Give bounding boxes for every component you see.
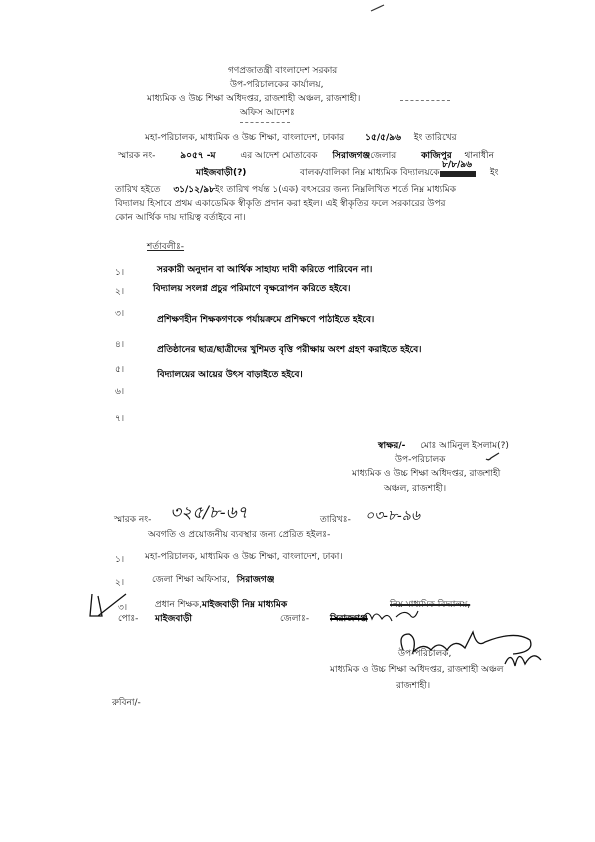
dist-memo-number: ৩২৫/৮-৬৭ [170, 508, 248, 519]
condition-5-number: ৫। [115, 362, 124, 377]
dist-item-2-text: জেলা শিক্ষা অফিসার, [152, 575, 230, 585]
dist-date-label: তারিখঃ- [320, 515, 351, 526]
condition-7-number: ৭। [115, 411, 124, 426]
dist-item-1-text: মহা-পরিচালক, মাধ্যমিক ও উচ্চ শিক্ষা, বাং… [145, 552, 343, 563]
body-line-1: মহা-পরিচালক, মাধ্যমিক ও উচ্চ শিক্ষা, বাং… [145, 133, 457, 144]
header-directorate: মাধ্যমিক ও উচ্চ শিক্ষা অধিদপ্তর, রাজশাহী… [147, 94, 360, 105]
dist-item-3-number: ৩। [118, 600, 127, 615]
condition-4-number: ৪। [115, 337, 124, 352]
dist-memo-label: স্মারক নং- [114, 515, 151, 526]
conditions-title: শর্তাবলীঃ- [147, 242, 184, 253]
stamp-date: ৮/৮/৯৬ [442, 160, 472, 171]
district-name: সিরাজগঞ্জ [332, 151, 370, 161]
condition-6-number: ৬। [115, 384, 124, 399]
dist-item-2-district: সিরাজগঞ্জ [237, 575, 275, 585]
condition-5-text: বিদ্যালয়ের আয়ের উৎস বাড়াইতে হইবে। [157, 370, 303, 381]
tick-mark [485, 452, 501, 462]
dist-item-3: প্রধান শিক্ষক,মাইজবাড়ী নিম্ন মাধ্যমিক [155, 600, 287, 611]
condition-1-number: ১। [115, 265, 124, 280]
header-office: উপ-পরিচালকের কার্যালয়, [230, 80, 323, 91]
signer-designation: উপ-পরিচালক [395, 455, 445, 466]
condition-4-text: প্রতিষ্ঠানের ছাত্র/ছাত্রীদের খুশিমত বৃত্… [157, 345, 422, 356]
dist-item-1-number: ১। [115, 552, 124, 567]
header-government: গণপ্রজাতন্ত্রী বাংলাদেশ সরকার [228, 66, 337, 77]
memo-text: এর আদেশ মোতাবেক [240, 151, 317, 161]
signer-office-line-1: মাধ্যমিক ও উচ্চ শিক্ষা অধিদপ্তর, রাজশাহী [352, 469, 500, 480]
dist-intro: অবগতি ও প্রয়োজনীয় ব্যবস্থার জন্য প্রের… [148, 530, 330, 541]
para-period: ইং তারিখ পর্যন্ত ১(এক) বৎসরের জন্য নিম্ন… [215, 185, 456, 195]
ref-date-suffix: ইং তারিখের [414, 133, 457, 143]
body-line-6: কোন আর্থিক দায় দায়িত্ব বর্তাইবে না। [115, 213, 246, 224]
officer-designation: উপ-পরিচালক, [398, 649, 451, 660]
stamp-redaction [440, 171, 476, 177]
district-suffix: জেলার [370, 151, 396, 161]
signature-block-1: স্বাক্ষর/- মোঃ আমিনুল ইসলাম(?) [378, 441, 509, 452]
stamp-date-suffix: ইং [490, 168, 499, 179]
school-type: বালক/বালিকা নিম্ন মাধ্যমিক বিদ্যালয়কে [300, 168, 440, 179]
para-from: তারিখ হইতে [115, 185, 160, 195]
condition-3-text: প্রশিক্ষণহীন শিক্ষকগণকে পর্যায়ক্রমে প্র… [157, 315, 374, 326]
para-date-to: ৩১/১২/৯৮ [173, 185, 215, 195]
header-dash-line [400, 100, 450, 101]
signer-name: মোঃ আমিনুল ইসলাম(?) [420, 441, 509, 451]
condition-2-number: ২। [115, 284, 124, 299]
dist-item-2: জেলা শিক্ষা অফিসার, সিরাজগঞ্জ [152, 575, 274, 586]
header-office-order: অফিস আদেশঃ [240, 108, 295, 119]
memo-number: ৯০৫৭ -ম [180, 151, 215, 161]
body-line-4: তারিখ হইতে ৩১/১২/৯৮ইং তারিখ পর্যন্ত ১(এক… [115, 185, 456, 196]
district-label: জেলাঃ- [280, 614, 309, 625]
stray-pen-mark [370, 4, 386, 12]
header-underline [240, 122, 290, 123]
school-name: মাইজবাড়ী(?) [196, 168, 246, 179]
condition-3-number: ৩। [115, 306, 124, 321]
officer-office-line-1: মাধ্যমিক ও উচ্চ শিক্ষা অধিদপ্তর, রাজশাহী… [330, 665, 504, 676]
signer-office-line-2: অঞ্চল, রাজশাহী। [384, 484, 446, 495]
body-line-2: স্মারক নং- ৯০৫৭ -ম এর আদেশ মোতাবেক সিরাজ… [118, 151, 494, 162]
designation-text: উপ-পরিচালক [395, 455, 445, 465]
dist-item-2-number: ২। [115, 575, 124, 590]
dist-item-3-school: মাইজবাড়ী নিম্ন মাধ্যমিক [202, 600, 287, 610]
dist-date: ০৩-৮-৯৬ [365, 511, 420, 522]
officer-office-line-2: রাজশাহী। [396, 681, 430, 692]
memo-label: স্মারক নং- [118, 151, 155, 161]
ref-date: ১৫/৫/৯৬ [365, 133, 401, 143]
body-line-5: বিদ্যালয় হিসাবে প্রথম একাডেমিক স্বীকৃতি… [115, 199, 446, 210]
post-value: মাইজবাড়ী [155, 614, 192, 625]
typist-note: রুবিনা/- [112, 698, 141, 709]
signed-label: স্বাক্ষর/- [378, 441, 405, 451]
condition-2-text: বিদ্যালয় সংলগ্ন প্রচুর পরিমাণে বৃক্ষরোপ… [153, 284, 351, 295]
dist-item-3-text: প্রধান শিক্ষক, [155, 600, 202, 610]
post-label: পোঃ- [118, 614, 138, 625]
ref-authority: মহা-পরিচালক, মাধ্যমিক ও উচ্চ শিক্ষা, বাং… [145, 133, 344, 143]
condition-1-text: সরকারী অনুদান বা আর্থিক সাহায্য দাবী করি… [157, 265, 372, 276]
